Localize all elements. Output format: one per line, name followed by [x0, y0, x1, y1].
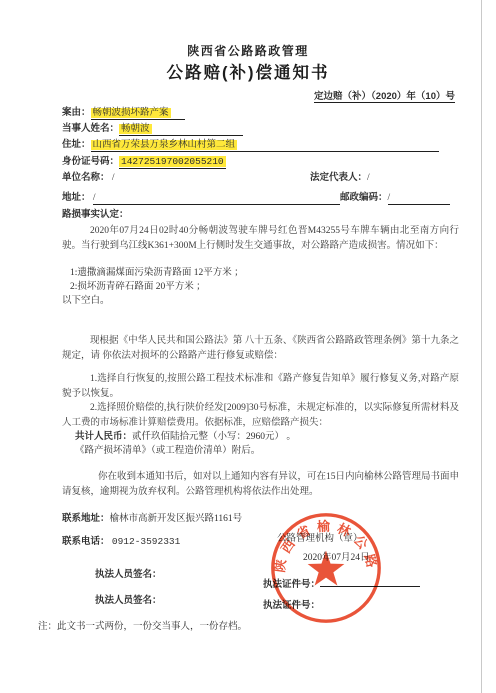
contact-phone: 联系电话： 0912-3592331: [62, 536, 180, 548]
org-title: 陕西省公路路政管理: [0, 42, 496, 59]
contact-address-value: 榆林市高新开发区振兴路1161号: [110, 514, 243, 524]
field-address-label: 住址：: [62, 139, 91, 150]
legal-option-2: 2.选择照价赔偿的,执行陕价经发[2009]30号标准，未规定标准的，以实际修复…: [62, 401, 459, 431]
official-stamp: 陕西省榆林公路管理局: [268, 510, 384, 626]
field-addr2-label: 地址：: [62, 192, 91, 203]
enforcer-signature-2-label: 执法人员签名：: [95, 595, 162, 607]
facts-heading: 路损事实认定：: [62, 209, 129, 221]
legal-basis-paragraph: 现根据《中华人民共和国公路法》第 八十五条、《陕西省公路路政管理条例》第十九条之…: [62, 334, 459, 364]
field-party-name-label: 当事人姓名：: [62, 123, 119, 134]
field-addr2-line: /: [93, 192, 340, 205]
field-id-number-value: 142725197002055210: [119, 156, 226, 167]
facts-item-2: 2:损坏沥青碎石路面 20平方米 ；: [70, 281, 206, 293]
field-id-number: 身份证号码：142725197002055210: [62, 156, 226, 169]
field-id-number-line: 142725197002055210: [119, 156, 226, 169]
scan-edge-line: [481, 0, 482, 693]
field-unit-name: 单位名称： /: [62, 172, 115, 184]
field-postcode-value: /: [388, 193, 391, 203]
contact-address: 联系地址：榆林市高新开发区振兴路1161号: [62, 513, 242, 525]
field-addr2: 地址： /: [62, 192, 340, 205]
field-party-name-line: 畅朝波: [119, 123, 243, 136]
stamp-star-icon: [308, 551, 345, 586]
contact-address-label: 联系地址：: [62, 513, 110, 524]
document-page: 陕西省公路路政管理 公路赔(补)偿通知书 定边赔（补）（2020）年（10）号 …: [0, 0, 496, 693]
field-unit-name-label: 单位名称：: [62, 172, 110, 183]
facts-end-note: 以下空白。: [62, 295, 110, 307]
field-postcode-line: /: [388, 192, 450, 205]
appeal-paragraph: 你在收到本通知书后，如对以上通知内容有异议，可在15日内向榆林公路管理局书面申请…: [62, 470, 459, 500]
doc-number: 定边赔（补）（2020）年（10）号: [314, 88, 455, 102]
field-id-number-label: 身份证号码：: [62, 156, 119, 167]
page-title: 公路赔(补)偿通知书: [0, 59, 496, 83]
field-case: 案由：畅朝波损坏路产案: [62, 107, 185, 120]
field-case-label: 案由：: [62, 107, 91, 118]
field-case-value: 畅朝波损坏路产案: [91, 108, 171, 118]
field-address: 住址：山西省万荣县万泉乡林山村第二组: [62, 139, 439, 152]
compensation-amount-value: 贰仟玖佰陆拾元整（小写：2960元） 。: [132, 432, 296, 442]
field-case-line: 畅朝波损坏路产案: [91, 107, 185, 120]
field-legal-rep-value: /: [367, 173, 370, 183]
compensation-amount-label: 共计人民币：: [75, 431, 132, 442]
field-addr2-value: /: [93, 193, 96, 203]
doc-number-text: 定边赔（补）（2020）年（10）号: [314, 91, 455, 103]
field-legal-rep-label: 法定代表人：: [310, 172, 367, 183]
compensation-amount: 共计人民币：贰仟玖佰陆拾元整（小写：2960元） 。: [75, 431, 296, 443]
enforcer-signature-1-label: 执法人员签名：: [95, 569, 162, 581]
field-address-value: 山西省万荣县万泉乡林山村第二组: [91, 140, 238, 150]
legal-option-1: 1.选择自行恢复的,按照公路工程技术标准和《路产修复告知单》履行修复义务,对路产…: [62, 372, 459, 402]
field-postcode: 邮政编码：/: [340, 192, 450, 205]
facts-item-1: 1:遗撒滴漏煤面污染沥青路面 12平方米 ；: [70, 267, 244, 279]
field-postcode-label: 邮政编码：: [340, 192, 388, 203]
field-party-name: 当事人姓名：畅朝波: [62, 123, 243, 136]
contact-phone-label: 联系电话：: [62, 536, 110, 547]
attachment-line: 《路产损坏清单》（或工程造价清单）附后。: [75, 445, 260, 457]
field-unit-name-value: /: [112, 173, 115, 183]
facts-paragraph: 2020年07月24日02时40分畅朝波驾驶车牌号红色晋M43255号车牌车辆由…: [62, 224, 459, 254]
field-legal-rep: 法定代表人：/: [310, 172, 370, 184]
field-party-name-value: 畅朝波: [119, 124, 152, 134]
footer-note: 注：此文书一式两份，一份交当事人，一份存档。: [38, 621, 247, 633]
field-address-line: 山西省万荣县万泉乡林山村第二组: [91, 139, 439, 152]
contact-phone-value: 0912-3592331: [112, 536, 180, 547]
